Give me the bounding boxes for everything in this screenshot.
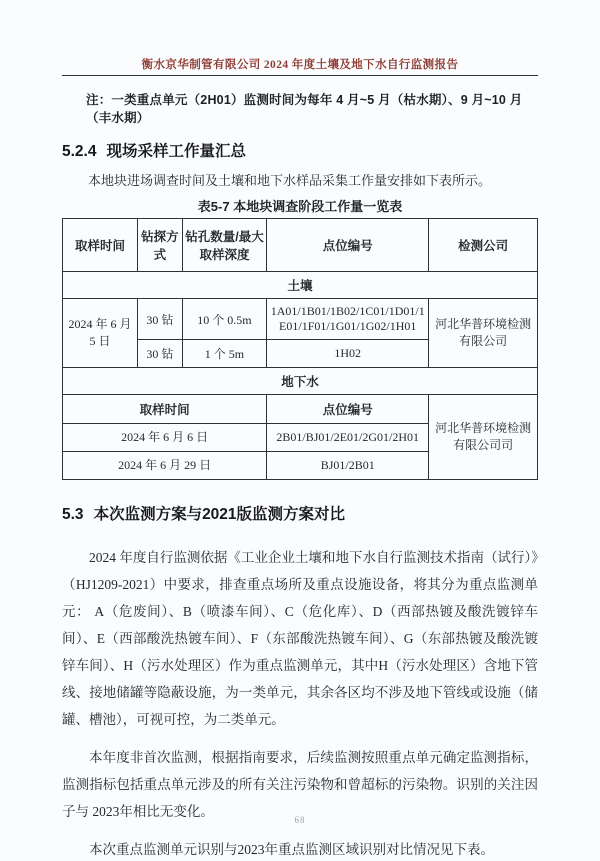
gw-company: 河北华普环境检测有限公司司 [429,395,538,480]
col-header-drill-method: 钻探方式 [138,219,183,272]
gw-points-2: BJ01/2B01 [267,452,429,480]
gw-date-2: 2024 年 6 月 29 日 [63,452,267,480]
col-header-hole-qty: 钻孔数量/最大取样深度 [182,219,267,272]
section-title: 本次监测方案与2021版监测方案对比 [94,506,345,523]
soil-drill-2: 30 钻 [138,340,183,368]
section-heading-53: 5.3本次监测方案与2021版监测方案对比 [62,502,538,524]
page-number: 68 [0,815,600,825]
soil-points-1: 1A01/1B01/1B02/1C01/1D01/1E01/1F01/1G01/… [267,299,429,340]
soil-company: 河北华普环境检测有限公司 [429,299,538,368]
header-rule [62,75,538,76]
gw-col-header-point-ids: 点位编号 [267,395,429,424]
gw-col-header-sample-time: 取样时间 [63,395,267,424]
report-page: 衡水京华制管有限公司 2024 年度土壤及地下水自行监测报告 注：一类重点单元（… [0,0,600,861]
section-title: 现场采样工作量汇总 [106,143,246,160]
page-header: 衡水京华制管有限公司 2024 年度土壤及地下水自行监测报告 [62,56,538,76]
monitoring-note: 注：一类重点单元（2H01）监测时间为每年 4 月~5 月（枯水期）、9 月~1… [62,90,538,126]
groundwater-section-label: 地下水 [63,368,538,395]
col-header-sample-time: 取样时间 [63,219,138,272]
groundwater-section-row: 地下水 [63,368,538,395]
report-title: 衡水京华制管有限公司 2024 年度土壤及地下水自行监测报告 [62,56,538,72]
groundwater-subheader-row: 取样时间 点位编号 河北华普环境检测有限公司司 [63,395,538,424]
soil-data-row-1: 2024 年 6 月 5 日 30 钻 10 个 0.5m 1A01/1B01/… [63,299,538,340]
col-header-point-ids: 点位编号 [267,219,429,272]
soil-qty-1: 10 个 0.5m [182,299,267,340]
body-paragraph-1: 2024 年度自行监测依据《工业企业土壤和地下水自行监测技术指南（试行）》（HJ… [62,544,538,733]
col-header-test-company: 检测公司 [429,219,538,272]
section-number: 5.2.4 [62,143,96,160]
gw-date-1: 2024 年 6 月 6 日 [63,424,267,452]
soil-points-2: 1H02 [267,340,429,368]
soil-section-label: 土壤 [63,272,538,299]
worklog-table: 取样时间 钻探方式 钻孔数量/最大取样深度 点位编号 检测公司 土壤 2024 … [62,218,538,480]
soil-drill-1: 30 钻 [138,299,183,340]
section-number: 5.3 [62,506,84,523]
intro-paragraph: 本地块进场调查时间及土壤和地下水样品采集工作量安排如下表所示。 [62,171,538,191]
section-heading-524: 5.2.4现场采样工作量汇总 [62,139,538,161]
soil-section-row: 土壤 [63,272,538,299]
body-paragraph-2: 本年度非首次监测，根据指南要求，后续监测按照重点单元确定监测指标，监测指标包括重… [62,744,538,825]
table-header-row: 取样时间 钻探方式 钻孔数量/最大取样深度 点位编号 检测公司 [63,219,538,272]
gw-points-1: 2B01/BJ01/2E01/2G01/2H01 [267,424,429,452]
table-caption: 表5-7 本地块调查阶段工作量一览表 [62,196,538,215]
body-paragraph-3: 本次重点监测单元识别与2023年重点监测区域识别对比情况见下表。 [62,836,538,861]
soil-sample-date: 2024 年 6 月 5 日 [63,299,138,368]
soil-qty-2: 1 个 5m [182,340,267,368]
